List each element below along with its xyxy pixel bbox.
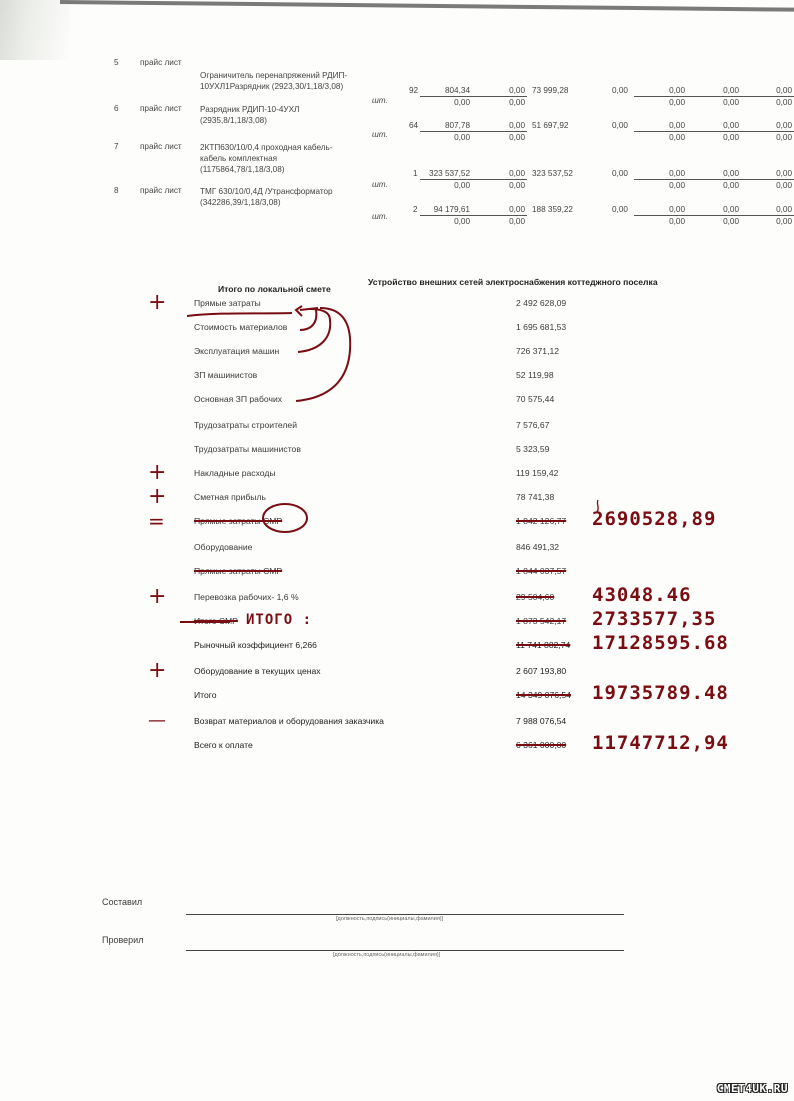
item-c7: 0,00 xyxy=(712,169,739,178)
item-s7: 0,00 xyxy=(712,181,739,190)
summary-value: 11 741 882,74 xyxy=(516,640,570,650)
item-total: 323 537,52 xyxy=(532,169,573,178)
item-c5: 0,00 xyxy=(612,86,628,95)
summary-label: Перевозка рабочих- 1,6 % xyxy=(194,592,299,602)
item-col3: 0,00 xyxy=(490,86,525,95)
equals-mark: = xyxy=(148,510,165,532)
handwritten-value: 19735789.48 xyxy=(592,682,729,704)
item-s6: 0,00 xyxy=(660,133,685,142)
summary-label: ЗП машинистов xyxy=(194,370,257,380)
checked-by-label: Проверил xyxy=(102,935,143,945)
item-col3: 0,00 xyxy=(490,205,525,214)
item-unit-price: 94 179,61 xyxy=(420,205,470,214)
summary-value: 726 371,12 xyxy=(516,346,559,356)
summary-value: 70 575,44 xyxy=(516,394,554,404)
summary-header-left: Итого по локальной смете xyxy=(218,284,331,294)
item-number: 5 xyxy=(114,58,119,67)
item-fraction-line xyxy=(634,179,794,180)
item-unit-price: 323 537,52 xyxy=(420,169,470,178)
compiled-signature-line xyxy=(186,914,624,915)
item-sub2: 0,00 xyxy=(490,181,525,190)
item-col3: 0,00 xyxy=(490,121,525,130)
item-c5: 0,00 xyxy=(612,205,628,214)
plus-mark: + xyxy=(148,660,166,682)
item-source: прайс лист xyxy=(140,104,182,113)
item-c8: 0,00 xyxy=(764,121,792,130)
item-source: прайс лист xyxy=(140,142,182,151)
item-s6: 0,00 xyxy=(660,98,685,107)
handwritten-label: ИТОГО : xyxy=(246,612,312,628)
summary-label: Прямые затраты СМР xyxy=(194,516,282,526)
summary-label: Трудозатраты строителей xyxy=(194,420,297,430)
plus-mark: + xyxy=(148,292,166,314)
item-quantity: 92 xyxy=(409,86,418,95)
summary-label: Эксплуатация машин xyxy=(194,346,279,356)
item-fraction-line xyxy=(420,179,527,180)
summary-value: 29 504,60 xyxy=(516,592,554,602)
item-s8: 0,00 xyxy=(764,98,792,107)
item-sub2: 0,00 xyxy=(490,217,525,226)
plus-mark: + xyxy=(148,462,166,484)
item-source: прайс лист xyxy=(140,186,182,195)
summary-label: Основная ЗП рабочих xyxy=(194,394,282,404)
item-c7: 0,00 xyxy=(712,121,739,130)
item-quantity: 2 xyxy=(413,205,418,214)
page-top-edge xyxy=(60,0,794,12)
item-total: 51 697,92 xyxy=(532,121,568,130)
summary-value: 1 842 126,77 xyxy=(516,516,566,526)
item-unit: шт. xyxy=(372,212,388,221)
item-fraction-line xyxy=(634,215,794,216)
item-c6: 0,00 xyxy=(660,205,685,214)
item-description: ТМГ 630/10/0,4Д /Утрансформатор(342286,3… xyxy=(200,186,390,208)
item-fraction-line xyxy=(634,131,794,132)
summary-value: 2 607 193,80 xyxy=(516,666,566,676)
summary-value: 7 988 076,54 xyxy=(516,716,566,726)
summary-value: 5 323,59 xyxy=(516,444,549,454)
summary-value: 2 492 628,09 xyxy=(516,298,566,308)
item-quantity: 1 xyxy=(413,169,418,178)
summary-header-right: Устройство внешних сетей электроснабжени… xyxy=(368,277,658,287)
item-sub2: 0,00 xyxy=(490,98,525,107)
handwritten-value: 11747712,94 xyxy=(592,732,729,754)
item-unit-price: 804,34 xyxy=(420,86,470,95)
summary-value: 6 361 000,00 xyxy=(516,740,566,750)
summary-label: Прямые затраты СМР xyxy=(194,566,282,576)
item-sub1: 0,00 xyxy=(420,98,470,107)
item-c7: 0,00 xyxy=(712,205,739,214)
item-s8: 0,00 xyxy=(764,217,792,226)
item-c5: 0,00 xyxy=(612,121,628,130)
checked-signature-line xyxy=(186,950,624,951)
item-sub1: 0,00 xyxy=(420,217,470,226)
summary-label: Итого xyxy=(194,690,217,700)
item-c8: 0,00 xyxy=(764,86,792,95)
item-s8: 0,00 xyxy=(764,181,792,190)
summary-label: Оборудование в текущих ценах xyxy=(194,666,321,676)
item-s7: 0,00 xyxy=(712,98,739,107)
item-number: 7 xyxy=(114,142,119,151)
handwritten-value: 17128595.68 xyxy=(592,632,729,654)
summary-value: 1 844 037,57 xyxy=(516,566,566,576)
summary-value: 119 159,42 xyxy=(516,468,558,478)
summary-label: Возврат материалов и оборудования заказч… xyxy=(194,716,384,726)
summary-label: Накладные расходы xyxy=(194,468,276,478)
item-fraction-line xyxy=(420,96,527,97)
summary-label: Трудозатраты машинистов xyxy=(194,444,301,454)
item-c8: 0,00 xyxy=(764,205,792,214)
item-sub1: 0,00 xyxy=(420,181,470,190)
item-c6: 0,00 xyxy=(660,121,685,130)
compiled-caption: [должность,подпись(инициалы,фамилия)] xyxy=(336,916,443,922)
summary-value: 1 695 681,53 xyxy=(516,322,566,332)
item-description: Ограничитель перенапряжений РДИП-10УХЛ1Р… xyxy=(200,70,390,92)
handwritten-value: 2733577,35 xyxy=(592,608,716,630)
summary-label: Прямые затраты xyxy=(194,298,261,308)
item-c6: 0,00 xyxy=(660,169,685,178)
summary-label: Всего к оплате xyxy=(194,740,253,750)
page-fold-shadow xyxy=(0,0,70,60)
item-number: 6 xyxy=(114,104,119,113)
summary-value: 846 491,32 xyxy=(516,542,559,552)
summary-label: Сметная прибыль xyxy=(194,492,266,502)
item-fraction-line xyxy=(420,131,527,132)
minus-mark: — xyxy=(148,710,166,732)
item-unit-price: 807,78 xyxy=(420,121,470,130)
item-sub1: 0,00 xyxy=(420,133,470,142)
item-s6: 0,00 xyxy=(660,181,685,190)
item-description: Разрядник РДИП-10-4УХЛ(2935,8/1,18/3,08) xyxy=(200,104,390,126)
item-c5: 0,00 xyxy=(612,169,628,178)
item-source: прайс лист xyxy=(140,58,182,67)
item-quantity: 64 xyxy=(409,121,418,130)
checked-caption: [должность,подпись(инициалы,фамилия)] xyxy=(333,952,440,958)
summary-value: 1 873 542,17 xyxy=(516,616,566,626)
item-fraction-line xyxy=(420,215,527,216)
summary-value: 7 576,67 xyxy=(516,420,549,430)
item-s6: 0,00 xyxy=(660,217,685,226)
item-unit: шт. xyxy=(372,130,388,139)
summary-label: Оборудование xyxy=(194,542,252,552)
plus-mark: + xyxy=(148,586,166,608)
summary-label: Стоимость материалов xyxy=(194,322,287,332)
item-total: 188 359,22 xyxy=(532,205,573,214)
item-total: 73 999,28 xyxy=(532,86,568,95)
compiled-by-label: Составил xyxy=(102,897,142,907)
plus-mark: + xyxy=(148,486,166,508)
item-s7: 0,00 xyxy=(712,133,739,142)
summary-value: 14 349 076,54 xyxy=(516,690,571,700)
item-fraction-line xyxy=(634,96,794,97)
summary-value: 52 119,98 xyxy=(516,370,554,380)
item-c6: 0,00 xyxy=(660,86,685,95)
item-c7: 0,00 xyxy=(712,86,739,95)
item-s8: 0,00 xyxy=(764,133,792,142)
item-sub2: 0,00 xyxy=(490,133,525,142)
item-s7: 0,00 xyxy=(712,217,739,226)
item-c8: 0,00 xyxy=(764,169,792,178)
summary-label: Итого СМР xyxy=(194,616,238,626)
item-number: 8 xyxy=(114,186,119,195)
handwritten-value: 43048.46 xyxy=(592,584,692,606)
summary-value: 78 741,38 xyxy=(516,492,554,502)
item-col3: 0,00 xyxy=(490,169,525,178)
handwritten-value: 2690528,89 xyxy=(592,508,716,530)
site-watermark: CMET4UK.RU xyxy=(717,1082,788,1095)
summary-label: Рыночный коэффициент 6,266 xyxy=(194,640,317,650)
item-description: 2КТП630/10/0,4 проходная кабель-кабель к… xyxy=(200,142,390,175)
